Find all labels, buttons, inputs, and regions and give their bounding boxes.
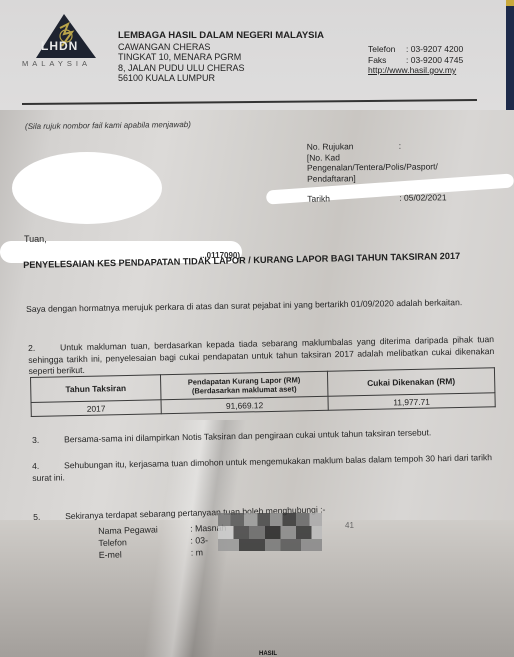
organization-name: LEMBAGA HASIL DALAM NEGERI MALAYSIA [118,31,324,42]
background-object [506,0,514,110]
fax-row: Faks : 03-9200 4745 [368,55,463,66]
fax-label: Faks [368,55,406,66]
ref-label: No. Rujukan [307,141,399,152]
logo-text: LHDN [41,39,78,53]
fax-value: : 03-9200 4745 [406,55,463,66]
address-line: 56100 KUALA LUMPUR [118,73,324,84]
website-link[interactable]: http://www.hasil.gov.my [368,65,456,75]
paragraph-number: 5. [33,511,65,523]
paragraph-number: 2. [28,342,60,354]
phone-value: : 03-9207 4200 [406,44,463,55]
logo-country: MALAYSIA [22,59,91,68]
address-line: TINGKAT 10, MENARA PGRM [118,52,324,63]
reference-block: No. Rujukan : [No. Kad Pengenalan/Tenter… [307,140,447,204]
paragraph-text: Sehubungan itu, kerjasama tuan dimohon u… [32,452,492,482]
phone-label: Telefon [368,44,406,55]
date-row: Tarikh : 05/02/2021 [307,192,446,204]
stray-digits: 41 [345,521,354,530]
paragraph-3: 3.Bersama-sama ini dilampirkan Notis Tak… [32,426,492,446]
footer-text: HASIL [259,651,277,657]
ref-value: : [399,141,401,152]
organization-address: LEMBAGA HASIL DALAM NEGERI MALAYSIA CAWA… [118,31,324,84]
paragraph-number: 4. [32,460,64,472]
date-label: Tarikh [307,193,399,204]
cell-year: 2017 [31,400,161,417]
salutation: Tuan, [24,234,47,244]
phone-row: Telefon : 03-9207 4200 [368,44,463,55]
address-line: 8, JALAN PUDU ULU CHERAS [118,63,324,74]
date-value: : 05/02/2021 [399,192,446,203]
header-year: Tahun Taksiran [31,375,161,403]
letter-page: LHDN MALAYSIA LEMBAGA HASIL DALAM NEGERI… [0,0,514,657]
cell-tax: 11,977.71 [328,393,495,410]
ref-label: Pengenalan/Tentera/Polis/Pasport/ [307,161,446,173]
header-income: Pendapatan Kurang Lapor (RM) (Berdasarka… [160,371,328,399]
officer-contact: Nama Pegawai : Masnah Telefon : 03- E-me… [98,522,227,561]
reference-note: (Sila rujuk nombor fail kami apabila men… [25,120,191,131]
contact-info: Telefon : 03-9207 4200 Faks : 03-9200 47… [368,44,463,76]
cell-income: 91,669.12 [161,396,328,413]
header-tax: Cukai Dikenakan (RM) [327,368,495,396]
paragraph-number: 3. [32,434,64,446]
officer-email-label: E-mel [99,547,191,561]
redaction-pixelated [218,513,322,551]
address-line: CAWANGAN CHERAS [118,42,324,53]
paragraph-text: Bersama-sama ini dilampirkan Notis Taksi… [64,427,431,444]
officer-email-value: : m [191,546,204,558]
redaction-address [12,152,162,224]
paragraph-1: Saya dengan hormatnya merujuk perkara di… [26,297,492,316]
tax-table: Tahun Taksiran Pendapatan Kurang Lapor (… [30,367,496,417]
officer-phone-value: : 03- [190,534,208,546]
paragraph-4: 4.Sehubungan itu, kerjasama tuan dimohon… [32,452,492,484]
